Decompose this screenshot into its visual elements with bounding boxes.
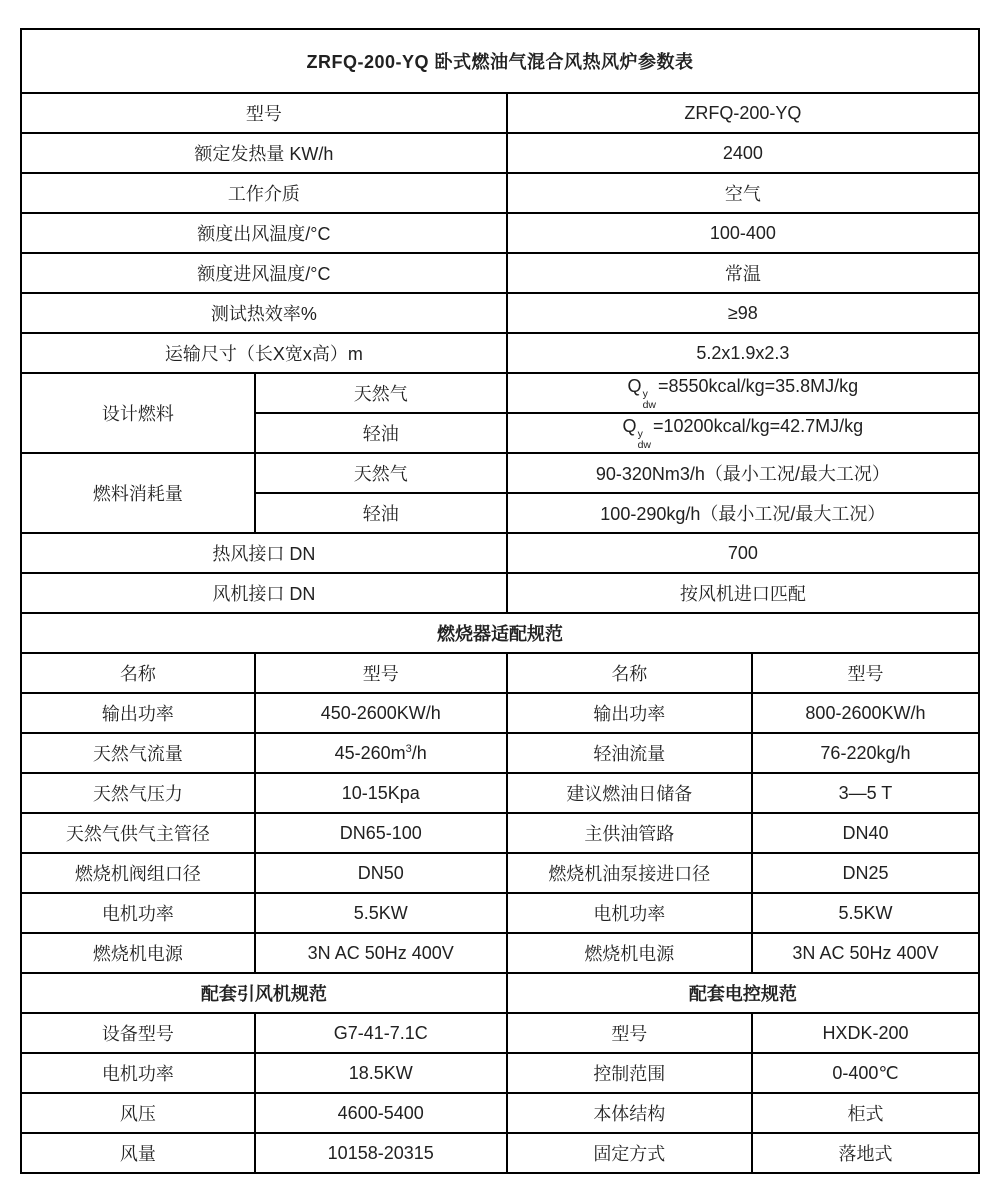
table-cell: 额度出风温度/°C [21,213,507,253]
table-cell: 输出功率 [507,693,752,733]
table-cell: 名称 [21,653,255,693]
table-cell: 4600-5400 [255,1093,507,1133]
table-cell: 固定方式 [507,1133,752,1173]
table-cell: DN50 [255,853,507,893]
table-cell: 电机功率 [21,1053,255,1093]
table-row: 名称型号名称型号 [21,653,979,693]
table-cell: 型号 [752,653,979,693]
table-cell: 3N AC 50Hz 400V [752,933,979,973]
table-cell: 空气 [507,173,979,213]
table-cell: 燃烧机油泵接进口径 [507,853,752,893]
table-cell: 45-260m3/h [255,733,507,773]
table-row: 运输尺寸（长X宽x高）m5.2x1.9x2.3 [21,333,979,373]
table-cell: 型号 [21,93,507,133]
table-cell: 700 [507,533,979,573]
table-cell: 100-400 [507,213,979,253]
table-cell: 10-15Kpa [255,773,507,813]
table-cell: 天然气流量 [21,733,255,773]
table-cell: 电机功率 [507,893,752,933]
table-row: 天然气压力10-15Kpa建议燃油日储备3—5 T [21,773,979,813]
table-row: 配套引风机规范配套电控规范 [21,973,979,1013]
table-cell: 10158-20315 [255,1133,507,1173]
table-row: 风机接口 DN按风机进口匹配 [21,573,979,613]
table-cell: 3N AC 50Hz 400V [255,933,507,973]
table-cell: 燃料消耗量 [21,453,255,533]
table-row: 天然气流量45-260m3/h轻油流量76-220kg/h [21,733,979,773]
table-row: 风量10158-20315固定方式落地式 [21,1133,979,1173]
table-row: 额度进风温度/°C常温 [21,253,979,293]
section-header-cell: 配套引风机规范 [21,973,507,1013]
table-cell: 落地式 [752,1133,979,1173]
table-row: 燃烧机阀组口径DN50燃烧机油泵接进口径DN25 [21,853,979,893]
table-row: 输出功率450-2600KW/h输出功率800-2600KW/h [21,693,979,733]
table-cell: 燃烧机阀组口径 [21,853,255,893]
table-cell: 76-220kg/h [752,733,979,773]
table-cell: 100-290kg/h（最小工况/最大工况） [507,493,979,533]
table-cell: 450-2600KW/h [255,693,507,733]
table-cell: HXDK-200 [752,1013,979,1053]
table-cell: 2400 [507,133,979,173]
table-cell: 额度进风温度/°C [21,253,507,293]
spec-table: ZRFQ-200-YQ 卧式燃油气混合风热风炉参数表 型号ZRFQ-200-YQ… [20,28,980,1174]
table-cell: 按风机进口匹配 [507,573,979,613]
table-row: 额定发热量 KW/h2400 [21,133,979,173]
table-row: 工作介质空气 [21,173,979,213]
table-cell: 热风接口 DN [21,533,507,573]
table-row: 燃烧机电源3N AC 50Hz 400V燃烧机电源3N AC 50Hz 400V [21,933,979,973]
table-cell: G7-41-7.1C [255,1013,507,1053]
table-cell: 额定发热量 KW/h [21,133,507,173]
table-cell: 天然气压力 [21,773,255,813]
table-cell: 风机接口 DN [21,573,507,613]
sup-sub-notation: ydw [638,429,651,450]
table-cell: 测试热效率% [21,293,507,333]
table-cell: 800-2600KW/h [752,693,979,733]
table-cell: 天然气 [255,453,507,493]
table-row: 热风接口 DN700 [21,533,979,573]
table-cell: 建议燃油日储备 [507,773,752,813]
table-cell: 轻油流量 [507,733,752,773]
table-row: 额度出风温度/°C100-400 [21,213,979,253]
table-cell: 型号 [507,1013,752,1053]
table-cell: 5.2x1.9x2.3 [507,333,979,373]
section-header-cell: 燃烧器适配规范 [21,613,979,653]
table-cell: 输出功率 [21,693,255,733]
table-cell: 柜式 [752,1093,979,1133]
table-cell: DN65-100 [255,813,507,853]
table-title: ZRFQ-200-YQ 卧式燃油气混合风热风炉参数表 [21,29,979,93]
table-cell: DN40 [752,813,979,853]
table-cell: 0-400℃ [752,1053,979,1093]
spec-table-body: ZRFQ-200-YQ 卧式燃油气混合风热风炉参数表 型号ZRFQ-200-YQ… [21,29,979,1173]
table-cell: 电机功率 [21,893,255,933]
table-cell: 轻油 [255,413,507,453]
table-cell: 5.5KW [255,893,507,933]
section-header-cell: 配套电控规范 [507,973,979,1013]
table-cell: 常温 [507,253,979,293]
table-cell: 设计燃料 [21,373,255,453]
table-cell: 主供油管路 [507,813,752,853]
table-cell: 本体结构 [507,1093,752,1133]
table-cell: 天然气供气主管径 [21,813,255,853]
table-cell: DN25 [752,853,979,893]
table-cell: 燃烧机电源 [507,933,752,973]
table-cell: 风压 [21,1093,255,1133]
table-cell: 90-320Nm3/h（最小工况/最大工况） [507,453,979,493]
table-cell: 风量 [21,1133,255,1173]
table-row: 设备型号G7-41-7.1C型号HXDK-200 [21,1013,979,1053]
table-cell: 型号 [255,653,507,693]
table-cell: Qydw=8550kcal/kg=35.8MJ/kg [507,373,979,413]
table-cell: 工作介质 [21,173,507,213]
title-row: ZRFQ-200-YQ 卧式燃油气混合风热风炉参数表 [21,29,979,93]
table-cell: ≥98 [507,293,979,333]
sup-sub-notation: ydw [643,389,656,410]
table-cell: 设备型号 [21,1013,255,1053]
table-cell: ZRFQ-200-YQ [507,93,979,133]
table-cell: 燃烧机电源 [21,933,255,973]
table-cell: 轻油 [255,493,507,533]
table-row: 电机功率5.5KW电机功率5.5KW [21,893,979,933]
table-row: 风压4600-5400本体结构柜式 [21,1093,979,1133]
table-row: 燃料消耗量天然气90-320Nm3/h（最小工况/最大工况） [21,453,979,493]
table-cell: 3—5 T [752,773,979,813]
table-cell: 控制范围 [507,1053,752,1093]
table-cell: 天然气 [255,373,507,413]
table-cell: 18.5KW [255,1053,507,1093]
table-cell: 名称 [507,653,752,693]
table-cell: 5.5KW [752,893,979,933]
table-row: 电机功率18.5KW控制范围0-400℃ [21,1053,979,1093]
table-row: 燃烧器适配规范 [21,613,979,653]
table-row: 设计燃料天然气Qydw=8550kcal/kg=35.8MJ/kg [21,373,979,413]
table-row: 测试热效率%≥98 [21,293,979,333]
table-cell: Qydw=10200kcal/kg=42.7MJ/kg [507,413,979,453]
table-row: 天然气供气主管径DN65-100主供油管路DN40 [21,813,979,853]
table-cell: 运输尺寸（长X宽x高）m [21,333,507,373]
table-row: 型号ZRFQ-200-YQ [21,93,979,133]
